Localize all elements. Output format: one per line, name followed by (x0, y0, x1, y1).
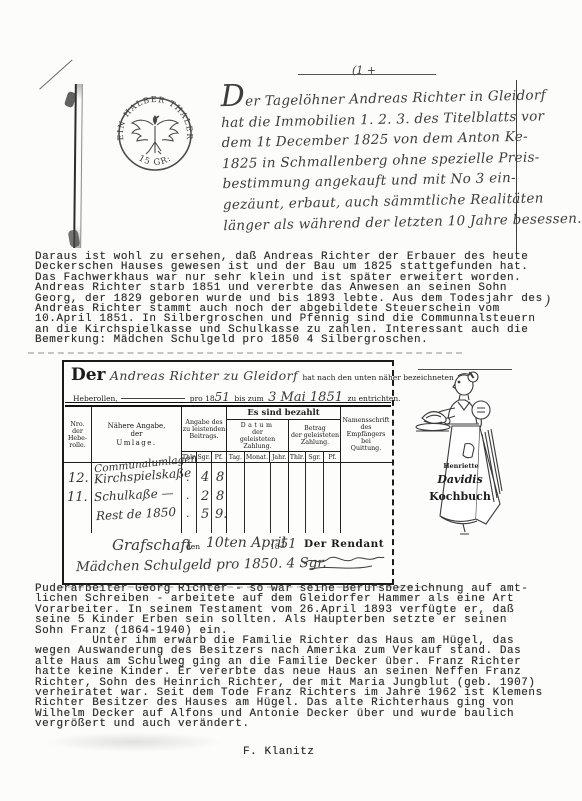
scan-smudge (44, 732, 224, 752)
entry-sgr: 4 (201, 470, 209, 485)
scanned-document-page: (1 + ) EIN HALBER THALER 15 GR: (0, 0, 582, 801)
receipt-table-body: Communalumlagen 12. Kirchspielskaße · 4 … (64, 463, 392, 533)
apron-text-line: Henriette (443, 462, 478, 470)
rendant-label: Der Rendant (304, 538, 384, 550)
column-header-nro: Nro.derHebe-rolle. (64, 407, 91, 462)
receipt-printed-text: zu entrichten. (347, 394, 400, 403)
typed-paragraph-2: Puderarbeiter Georg Richter - so war sei… (35, 584, 543, 730)
scan-slash-mark (39, 59, 73, 89)
year-handwritten: 51 (215, 390, 230, 404)
margin-mark: (1 + (352, 64, 376, 77)
author-signature: F. Klanitz (243, 747, 315, 757)
paper-fold-line (73, 84, 83, 248)
column-header-beitrag: Angabe deszu leistendenBeitrags. (182, 407, 226, 451)
entry-nro: 12. (68, 471, 89, 486)
prussian-eagle-icon (132, 116, 178, 154)
apron-text-line: Kochbuch (429, 490, 491, 503)
column-header-betrag: Betragder geleistetenZahlung. (289, 420, 341, 451)
receipt-table-header: Nro.derHebe-rolle. Nähere Angabe,derUmla… (64, 407, 392, 463)
entry-thlr: · (186, 492, 190, 505)
svg-text:15 GR:: 15 GR: (137, 154, 174, 168)
entry-pf: 9. (215, 507, 227, 522)
entry-nro: 11. (67, 490, 88, 505)
column-header-datum: Datumdergeleisteten Zahlung. (227, 420, 288, 451)
column-header-quittung: NamensschriftdesEmpfängersbeiQuittung. (341, 407, 391, 462)
fill-in-dash (121, 398, 185, 399)
receipt-printed-text: pro 18 (190, 394, 215, 403)
tax-receipt-steuerschein: Der Andreas Richter zu Gleidorf hat nach… (62, 360, 394, 585)
apron-text-line: Davidis (436, 473, 482, 486)
due-date-handwritten: 3 Mai 1851 (268, 390, 343, 405)
units-row-date: Tag.Monat.Jahr. (227, 451, 288, 462)
year-handwritten: 51 (280, 537, 297, 552)
handwritten-deed-note: Der Tagelöhner Andreas Richter in Gleido… (220, 81, 523, 236)
receipt-initial: Der (71, 365, 106, 385)
entry-pf: 8 (216, 489, 224, 504)
cook-illustration: Henriette Davidis Kochbuch (414, 368, 514, 541)
entry-thlr: · (186, 510, 190, 523)
printed-year-prefix: 18 (270, 542, 280, 551)
scan-edge-top (28, 352, 462, 354)
receipt-printed-text: Heberollen, (73, 394, 118, 403)
stamp-denomination-text: 15 GR: (137, 154, 174, 168)
paid-group-header: Es sind bezahlt (227, 407, 340, 420)
column-header-umlage: Nähere Angabe,derUmlage. (92, 407, 181, 462)
text-line: vergrößert und auch verändert. (35, 719, 543, 729)
margin-mark: ) (545, 293, 550, 309)
revenue-stamp: EIN HALBER THALER 15 GR: (110, 94, 200, 181)
text-line: Bemerkung: Mädchen Schulgeld pro 1850 4 … (35, 335, 543, 345)
schoolfee-note-handwritten: Mädchen Schulgeld pro 1850. 4 Sgr. (76, 555, 327, 575)
place-handwritten: Grafschaft (112, 536, 192, 554)
receipt-printed-text: bis zum (234, 394, 263, 403)
entry-sgr: 2 (201, 489, 209, 504)
entry-sgr: 5 (201, 507, 209, 522)
typed-paragraph-1: Daraus ist wohl zu ersehen, daß Andreas … (35, 252, 543, 346)
receipt-intro: Der Andreas Richter zu Gleidorf hat nach… (64, 362, 392, 402)
printed-den: den (186, 542, 200, 551)
entry-pf: 8 (216, 470, 224, 485)
receipt-footer: Grafschaft den 10ten April 18 51 Der Ren… (64, 533, 392, 583)
entry-thlr: · (186, 474, 190, 487)
taxpayer-name-handwritten: Andreas Richter zu Gleidorf (110, 368, 298, 383)
units-row-money2: Thlr.Sgr.Pf. (289, 451, 341, 462)
